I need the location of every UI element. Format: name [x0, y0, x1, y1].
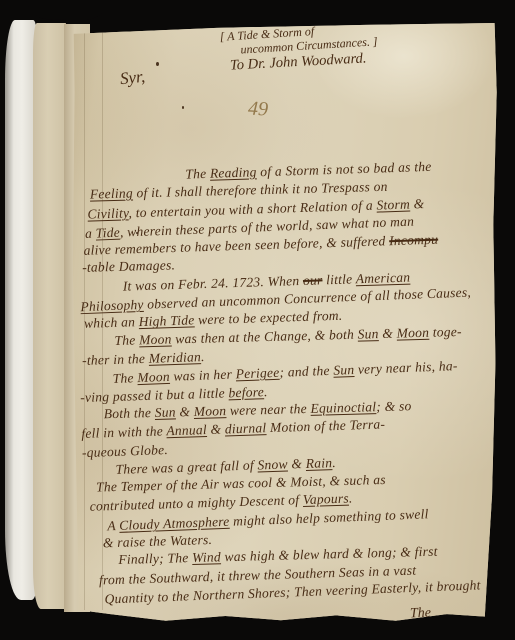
underlined-word: High Tide — [138, 313, 194, 330]
text-run: . — [201, 349, 205, 364]
book-fore-edge — [5, 20, 36, 600]
underlined-word: Equinoctial — [310, 399, 376, 416]
text-run: The — [112, 370, 137, 386]
underlined-word: Sun — [155, 404, 176, 420]
page-edge-strip — [33, 23, 66, 609]
text-run: & — [207, 422, 225, 438]
underlined-word: Moon — [396, 324, 429, 340]
catchword: The — [410, 606, 432, 623]
text-run: ; and the — [279, 363, 333, 380]
text-run: . — [349, 491, 353, 506]
text-run: which an — [84, 315, 139, 332]
underlined-word: Wind — [192, 550, 221, 566]
underlined-word: before — [228, 384, 264, 400]
text-run: & — [378, 325, 396, 340]
underlined-word: Snow — [257, 456, 288, 472]
letter-body: The Reading of a Storm is not so bad as … — [73, 156, 501, 608]
underlined-word: Reading — [210, 164, 257, 180]
underlined-word: Moon — [137, 369, 170, 385]
text-run: -ther in the — [82, 351, 149, 368]
underlined-word: Perigee — [235, 365, 279, 382]
text-run: fell in with the — [81, 423, 166, 441]
text-run: a — [85, 225, 96, 240]
underlined-word: Tide — [95, 225, 120, 241]
text-run: toge- — [429, 324, 462, 340]
text-run: The — [114, 332, 139, 348]
text-run: . — [332, 455, 336, 470]
underlined-word: Storm — [376, 196, 410, 212]
ink-speck — [156, 62, 159, 66]
underlined-word: Sun — [333, 362, 355, 378]
text-run: Both the — [104, 405, 155, 421]
text-run: . — [264, 384, 268, 399]
text-run: of a Storm is not so bad as the — [256, 159, 431, 179]
text-run: The — [185, 166, 210, 182]
text-run: ; & so — [376, 398, 412, 414]
text-run: -table Damages. — [82, 258, 175, 275]
underlined-word: Vapours — [303, 491, 349, 507]
text-run: -queous Globe. — [82, 442, 168, 460]
text-run: & — [410, 196, 425, 211]
archive-photo: [ A Tide & Storm of uncommon Circumstanc… — [0, 0, 515, 640]
underlined-word: Rain — [306, 455, 333, 471]
underlined-word: Philosophy — [80, 297, 144, 314]
manuscript-page: [ A Tide & Storm of uncommon Circumstanc… — [72, 20, 498, 622]
salutation: Syr, — [119, 67, 146, 90]
underlined-word: Moon — [194, 403, 227, 419]
page-number: 49 — [247, 97, 268, 121]
text-run: very near his, ha- — [354, 358, 458, 377]
ink-speck — [182, 106, 184, 109]
text-run: was in her — [170, 367, 237, 384]
underlined-word: Sun — [357, 326, 378, 342]
text-run: Finally; The — [118, 550, 192, 567]
struck-word: Incompu — [389, 232, 438, 249]
text-run: was high & blew hard & long; & first — [221, 544, 438, 565]
underlined-word: Meridian — [148, 349, 201, 366]
underlined-word: Civility — [87, 205, 128, 221]
text-run: little — [322, 271, 356, 287]
underlined-word: Annual — [166, 422, 207, 438]
text-run: was then at the Change, & both — [171, 326, 357, 346]
underlined-word: Cloudy Atmosphere — [119, 513, 230, 532]
text-run: & — [176, 404, 194, 419]
underlined-word: Moon — [139, 331, 172, 347]
photo-corner-mask — [25, 0, 112, 21]
struck-word: our — [303, 272, 323, 288]
underlined-word: diurnal — [225, 420, 267, 436]
text-run: A — [107, 518, 119, 533]
underlined-word: Feeling — [90, 186, 133, 202]
text-run: were near the — [226, 401, 311, 418]
text-run: & — [288, 456, 306, 472]
underlined-word: American — [355, 269, 410, 286]
